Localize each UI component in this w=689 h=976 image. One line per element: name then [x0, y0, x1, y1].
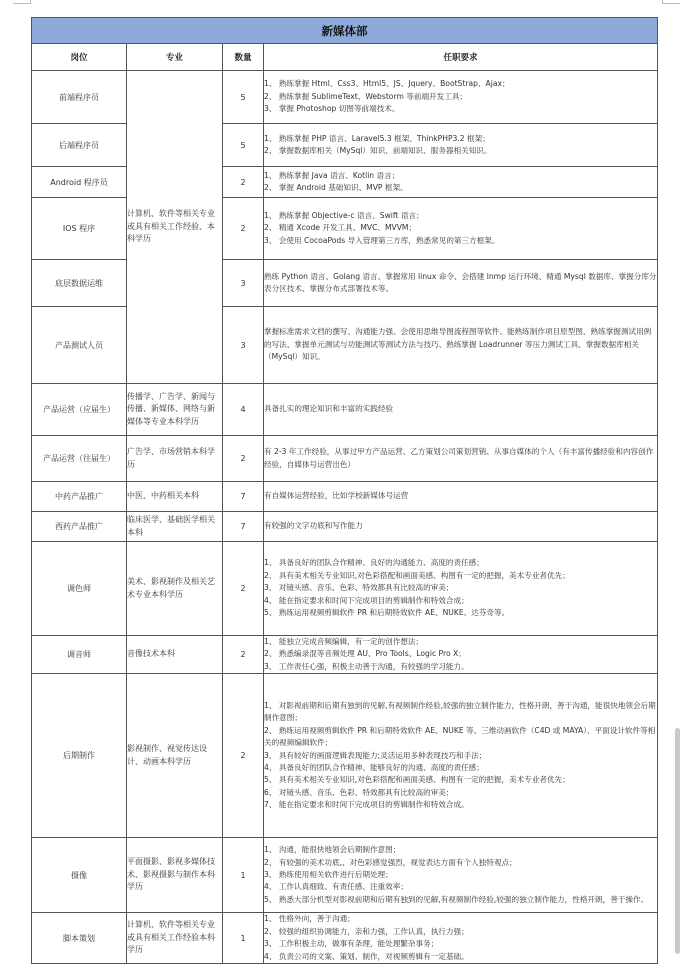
table-row: 产品运营（应届生） 传播学、广告学、新闻与传播、新媒体、网络与新媒体等专业本科学…: [32, 384, 658, 436]
requirement-line: 有 2-3 年工作经验，从事过甲方产品运营、乙方策划公司策划营销、从事自媒体的个…: [264, 446, 657, 471]
requirement-line: 4、 工作认真细致、有责任感、注重效率；: [264, 881, 657, 893]
table-row: 调音师 音像技术本科 2 1、 能独立完成音频编辑，有一定的创作想法； 2、 熟…: [32, 636, 658, 674]
requirements-cell: 有较强的文字功底和写作能力: [264, 512, 658, 542]
table-row: Android 程序员 2 1、 熟练掌握 Java 语言、Kotlin 语言；…: [32, 167, 658, 198]
count-cell: 2: [223, 674, 264, 838]
position-cell: 产品运营（应届生）: [32, 384, 127, 436]
requirement-line: 1、 沟通，能很快地领会后期制作意图；: [264, 844, 657, 856]
requirement-line: 有较强的文字功底和写作能力: [264, 520, 657, 532]
requirement-line: 3、 会使用 CocoaPods 导入管理第三方库，熟悉常见的第三方框架。: [264, 235, 657, 247]
requirement-line: 2、 熟练运用视频剪辑软件 PR 和后期特效软件 AE、NUKE 等、三维动画软…: [264, 725, 657, 750]
count-cell: 2: [223, 542, 264, 636]
major-cell: 广告学、市场营销本科学历: [127, 436, 223, 482]
requirement-line: 1、 熟练掌握 Html、Css3、Html5、JS、Jquery、BootSt…: [264, 78, 657, 90]
major-cell-shared: 计算机、软件等相关专业或具有相关工作经验、本科学历: [127, 71, 223, 384]
column-header-position: 岗位: [32, 44, 127, 71]
requirement-line: 4、 负责公司的文案、策划、制作，对视频剪辑有一定基础。: [264, 951, 657, 963]
requirement-line: 1、 熟练掌握 PHP 语言、Laravel5.3 框架、ThinkPHP3.2…: [264, 133, 657, 145]
requirements-cell: 熟练 Python 语言、Golang 语言、掌握常用 linux 命令、会搭建…: [264, 260, 658, 307]
requirement-line: 熟练 Python 语言、Golang 语言、掌握常用 linux 命令、会搭建…: [264, 271, 657, 296]
recruitment-table: 新媒体部 岗位 专业 数量 任职要求 前端程序员 计算机、软件等相关专业或具有相…: [31, 17, 658, 964]
table-row: 产品运营（往届生） 广告学、市场营销本科学历 2 有 2-3 年工作经验，从事过…: [32, 436, 658, 482]
position-cell: 中药产品推广: [32, 482, 127, 512]
table-row: 前端程序员 计算机、软件等相关专业或具有相关工作经验、本科学历 5 1、 熟练掌…: [32, 71, 658, 124]
count-cell: 2: [223, 436, 264, 482]
requirement-line: 4、 具备良好的团队合作精神、能够良好的沟通、高度的责任感；: [264, 762, 657, 774]
count-cell: 1: [223, 838, 264, 913]
requirement-line: 2、 有较强的美术功底,、对色彩感觉强烈，视觉表达方面有个人独特观点；: [264, 857, 657, 869]
requirement-line: 3、 具有较好的画面逻辑表现能力;灵活运用多种表现技巧和手法；: [264, 750, 657, 762]
column-header-major: 专业: [127, 44, 223, 71]
count-cell: 1: [223, 913, 264, 964]
table-row: 后期制作 影视制作、视觉传达设计、动画本科学历 2 1、 对影视前期和后期有独到…: [32, 674, 658, 838]
requirement-line: 2、 熟练掌握 SublimeText、Webstorm 等前端开发工具；: [264, 91, 657, 103]
requirement-line: 掌握标准需求文档的撰写、沟通能力强、会使用思维导图流程图等软件、能熟练制作项目原…: [264, 326, 657, 363]
requirement-line: 1、 熟练掌握 Objective-c 语言、Swift 语言；: [264, 210, 657, 222]
count-cell: 7: [223, 512, 264, 542]
position-cell: 产品测试人员: [32, 307, 127, 384]
requirement-line: 5、 具有美术相关专业知识,对色彩搭配和画面美感、构图有一定的把握，美术专业者优…: [264, 774, 657, 786]
requirement-line: 1、 性格外向，善于沟通；: [264, 913, 657, 925]
table-row: 底层数据运维 3 熟练 Python 语言、Golang 语言、掌握常用 lin…: [32, 260, 658, 307]
position-cell: IOS 程序: [32, 198, 127, 260]
requirement-line: 7、 能在指定要求和时间下完成项目的剪辑制作和特效合成。: [264, 799, 657, 811]
major-cell: 影视制作、视觉传达设计、动画本科学历: [127, 674, 223, 838]
position-cell: 摄像: [32, 838, 127, 913]
requirements-cell: 有 2-3 年工作经验，从事过甲方产品运营、乙方策划公司策划营销、从事自媒体的个…: [264, 436, 658, 482]
position-cell: 前端程序员: [32, 71, 127, 124]
requirement-line: 5、 熟悉大部分机型对影视前期和后期有独到的见解,有视频制作经验,较强的独立制作…: [264, 894, 657, 906]
requirements-cell: 掌握标准需求文档的撰写、沟通能力强、会使用思维导图流程图等软件、能熟练制作项目原…: [264, 307, 658, 384]
position-cell: 产品运营（往届生）: [32, 436, 127, 482]
position-cell: Android 程序员: [32, 167, 127, 198]
requirement-line: 1、 对影视前期和后期有独到的见解,有视频制作经验,较强的独立制作能力，性格开朗…: [264, 700, 657, 725]
vertical-scrollbar-thumb[interactable]: [675, 728, 680, 954]
position-cell: 脚本策划: [32, 913, 127, 964]
count-cell: 2: [223, 198, 264, 260]
requirement-line: 2、 熟悉编录混等音频处理 AU、Pro Tools、Logic Pro X；: [264, 648, 657, 660]
requirement-line: 3、 熟练使用相关软件进行后期处理；: [264, 869, 657, 881]
department-header-row: 新媒体部: [32, 18, 658, 44]
table-row: 产品测试人员 3 掌握标准需求文档的撰写、沟通能力强、会使用思维导图流程图等软件…: [32, 307, 658, 384]
requirements-cell: 1、 熟练掌握 Java 语言、Kotlin 语言； 2、 掌握 Android…: [264, 167, 658, 198]
requirement-line: 2、 精通 Xcode 开发工具、MVC、MVVM；: [264, 222, 657, 234]
requirement-line: 1、 具备良好的团队合作精神、良好的沟通能力、高度的责任感；: [264, 557, 657, 569]
requirement-line: 4、 能在指定要求和时间下完成项目的剪辑制作和特效合成；: [264, 595, 657, 607]
requirement-line: 1、 熟练掌握 Java 语言、Kotlin 语言；: [264, 170, 657, 182]
requirements-cell: 1、 熟练掌握 Objective-c 语言、Swift 语言； 2、 精通 X…: [264, 198, 658, 260]
count-cell: 2: [223, 636, 264, 674]
major-cell: 传播学、广告学、新闻与传播、新媒体、网络与新媒体等专业本科学历: [127, 384, 223, 436]
requirement-line: 2、 掌握数据库相关（MySql）知识、前端知识、服务器相关知识。: [264, 145, 657, 157]
count-cell: 2: [223, 167, 264, 198]
requirement-line: 3、 对镜头感、音乐、色彩、特效都具有比较高的审美；: [264, 582, 657, 594]
page-corner-mark-left: [13, 0, 31, 4]
requirement-line: 2、 较强的组织协调能力，亲和力强，工作认真，执行力强；: [264, 926, 657, 938]
department-title: 新媒体部: [32, 18, 658, 44]
requirement-line: 具备扎实的理论知识和丰富的实践经验: [264, 403, 657, 415]
table-row: 西药产品推广 临床医学、基础医学相关本科 7 有较强的文字功底和写作能力: [32, 512, 658, 542]
requirement-line: 3、 工作责任心强，积极主动善于沟通，有较强的学习能力。: [264, 661, 657, 673]
count-cell: 5: [223, 124, 264, 167]
table-row: IOS 程序 2 1、 熟练掌握 Objective-c 语言、Swift 语言…: [32, 198, 658, 260]
requirement-line: 3、 掌握 Photoshop 切图等前端技术。: [264, 103, 657, 115]
page-corner-mark-right: [662, 0, 680, 4]
position-cell: 后期制作: [32, 674, 127, 838]
major-cell: 美术、影视制作及相关艺术专业本科学历: [127, 542, 223, 636]
position-cell: 西药产品推广: [32, 512, 127, 542]
requirements-cell: 1、 熟练掌握 PHP 语言、Laravel5.3 框架、ThinkPHP3.2…: [264, 124, 658, 167]
count-cell: 3: [223, 260, 264, 307]
requirement-line: 有自媒体运营经验，比如学校新媒体号运营: [264, 490, 657, 502]
column-header-count: 数量: [223, 44, 264, 71]
requirement-line: 6、 对镜头感、音乐、色彩、特效都具有比较高的审美；: [264, 787, 657, 799]
column-header-requirements: 任职要求: [264, 44, 658, 71]
requirements-cell: 有自媒体运营经验，比如学校新媒体号运营: [264, 482, 658, 512]
position-cell: 调色师: [32, 542, 127, 636]
count-cell: 5: [223, 71, 264, 124]
column-header-row: 岗位 专业 数量 任职要求: [32, 44, 658, 71]
major-cell: 临床医学、基础医学相关本科: [127, 512, 223, 542]
position-cell: 调音师: [32, 636, 127, 674]
major-cell: 音像技术本科: [127, 636, 223, 674]
requirement-line: 3、 工作积极主动，做事有条理，能处理繁杂事务；: [264, 938, 657, 950]
table-row: 调色师 美术、影视制作及相关艺术专业本科学历 2 1、 具备良好的团队合作精神、…: [32, 542, 658, 636]
requirements-cell: 1、 具备良好的团队合作精神、良好的沟通能力、高度的责任感； 2、 具有美术相关…: [264, 542, 658, 636]
count-cell: 7: [223, 482, 264, 512]
table-row: 中药产品推广 中医、中药相关本科 7 有自媒体运营经验，比如学校新媒体号运营: [32, 482, 658, 512]
requirements-cell: 具备扎实的理论知识和丰富的实践经验: [264, 384, 658, 436]
requirement-line: 5、 熟练运用视频剪辑软件 PR 和后期特效软件 AE、NUKE、达芬奇等。: [264, 607, 657, 619]
requirements-cell: 1、 沟通，能很快地领会后期制作意图； 2、 有较强的美术功底,、对色彩感觉强烈…: [264, 838, 658, 913]
count-cell: 4: [223, 384, 264, 436]
requirements-cell: 1、 熟练掌握 Html、Css3、Html5、JS、Jquery、BootSt…: [264, 71, 658, 124]
major-cell: 计算机、软件等相关专业或具有相关工作经验本科学历: [127, 913, 223, 964]
requirements-cell: 1、 性格外向，善于沟通； 2、 较强的组织协调能力，亲和力强，工作认真，执行力…: [264, 913, 658, 964]
requirement-line: 2、 具有美术相关专业知识,对色彩搭配和画面美感、构图有一定的把握，美术专业者优…: [264, 570, 657, 582]
requirements-cell: 1、 能独立完成音频编辑，有一定的创作想法； 2、 熟悉编录混等音频处理 AU、…: [264, 636, 658, 674]
requirement-line: 2、 掌握 Android 基础知识、MVP 框架。: [264, 182, 657, 194]
position-cell: 底层数据运维: [32, 260, 127, 307]
position-cell: 后端程序员: [32, 124, 127, 167]
table-row: 后端程序员 5 1、 熟练掌握 PHP 语言、Laravel5.3 框架、Thi…: [32, 124, 658, 167]
requirement-line: 1、 能独立完成音频编辑，有一定的创作想法；: [264, 636, 657, 648]
requirements-cell: 1、 对影视前期和后期有独到的见解,有视频制作经验,较强的独立制作能力，性格开朗…: [264, 674, 658, 838]
major-cell: 中医、中药相关本科: [127, 482, 223, 512]
count-cell: 3: [223, 307, 264, 384]
table-row: 脚本策划 计算机、软件等相关专业或具有相关工作经验本科学历 1 1、 性格外向，…: [32, 913, 658, 964]
table-row: 摄像 平面摄影、影视多媒体技术、影视摄影与制作本科学历 1 1、 沟通，能很快地…: [32, 838, 658, 913]
major-cell: 平面摄影、影视多媒体技术、影视摄影与制作本科学历: [127, 838, 223, 913]
